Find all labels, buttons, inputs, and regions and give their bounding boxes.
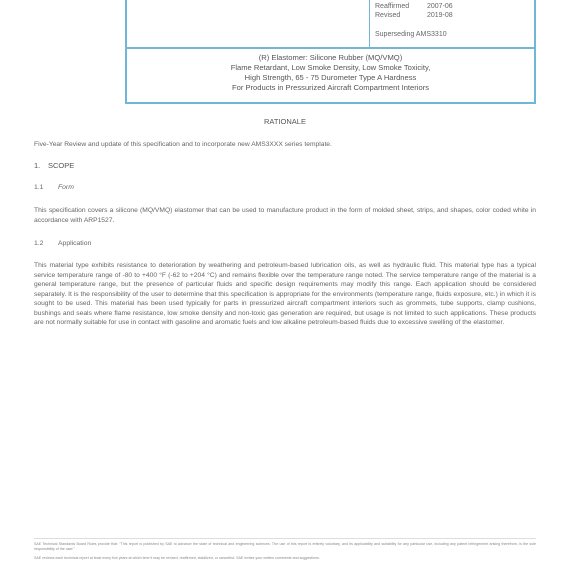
meta-label: Revised xyxy=(375,11,427,20)
section-form-heading: 1.1Form xyxy=(34,184,74,191)
application-text: This material type exhibits resistance t… xyxy=(34,261,536,328)
title-line: For Products in Pressurized Aircraft Com… xyxy=(127,83,534,93)
meta-value: 2019-08 xyxy=(427,11,453,20)
header-divider xyxy=(369,0,370,47)
title-line: (R) Elastomer: Silicone Rubber (MQ/VMQ) xyxy=(127,53,534,63)
section-title: Application xyxy=(58,240,91,247)
meta-label: Reaffirmed xyxy=(375,2,427,11)
section-application-heading: 1.2Application xyxy=(34,240,91,247)
section-title: SCOPE xyxy=(48,161,74,170)
rationale-heading: RATIONALE xyxy=(0,117,570,126)
section-title: Form xyxy=(58,184,74,191)
meta-value: 2007-06 xyxy=(427,2,453,11)
document-page: Reaffirmed 2007-06 Revised 2019-08 Super… xyxy=(0,0,570,570)
footer-note-1: SAE Technical Standards Board Rules prov… xyxy=(34,542,536,552)
title-line: High Strength, 65 - 75 Durometer Type A … xyxy=(127,73,534,83)
meta-revised: Revised 2019-08 xyxy=(375,11,453,20)
form-text: This specification covers a silicone (MQ… xyxy=(34,206,536,225)
section-scope-heading: 1.SCOPE xyxy=(34,161,74,170)
section-number: 1.1 xyxy=(34,184,58,191)
superseding-note: Superseding AMS3310 xyxy=(375,30,453,39)
footer-divider xyxy=(34,538,536,539)
header-metadata: Reaffirmed 2007-06 Revised 2019-08 Super… xyxy=(375,2,453,39)
footer-note-2: SAE reviews each technical report at lea… xyxy=(34,556,536,561)
meta-reaffirmed: Reaffirmed 2007-06 xyxy=(375,2,453,11)
section-number: 1.2 xyxy=(34,240,58,247)
section-number: 1. xyxy=(34,161,48,170)
header-box xyxy=(125,0,536,47)
rationale-text: Five-Year Review and update of this spec… xyxy=(34,140,536,150)
document-title-block: (R) Elastomer: Silicone Rubber (MQ/VMQ) … xyxy=(125,47,536,104)
title-line: Flame Retardant, Low Smoke Density, Low … xyxy=(127,63,534,73)
